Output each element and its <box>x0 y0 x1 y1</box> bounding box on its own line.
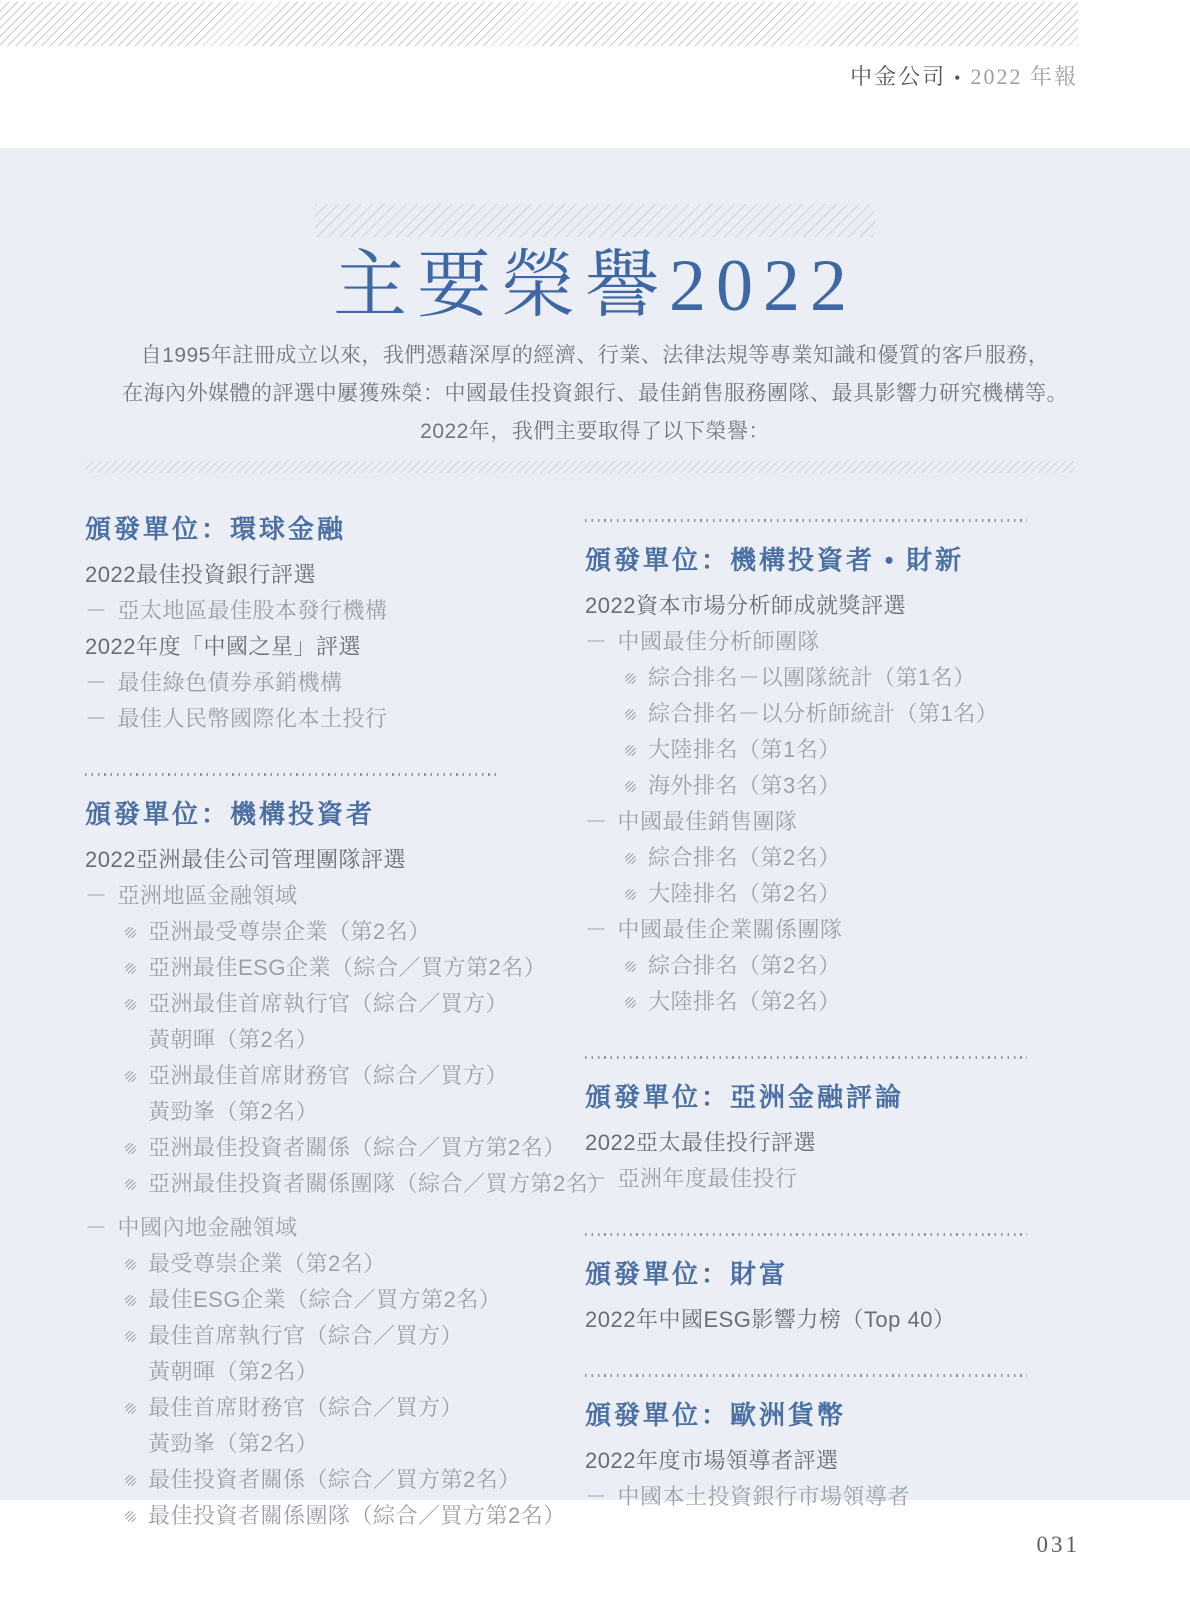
award-item-sub: 亞洲最佳投資者關係（綜合／買方第2名） <box>85 1130 585 1166</box>
award-text: 黃朝暉（第2名） <box>148 1022 318 1058</box>
award-list: 2022年中國ESG影響力榜（Top 40） <box>585 1302 1105 1338</box>
award-text: 黃朝暉（第2名） <box>148 1354 318 1390</box>
award-item-sub: 最受尊崇企業（第2名） <box>85 1246 585 1282</box>
hatched-bullet-icon <box>125 1475 136 1486</box>
dash-bullet: － <box>585 804 608 840</box>
page-number: 031 <box>1037 1532 1081 1558</box>
award-text: 最佳投資者關係團隊（綜合／買方第2名） <box>148 1498 566 1534</box>
award-item-sub: 大陸排名（第1名） <box>585 732 1105 768</box>
content-panel: 主要榮譽2022 自1995年註冊成立以來，我們憑藉深厚的經濟、行業、法律法規等… <box>0 148 1190 1500</box>
dotted-divider <box>85 773 501 776</box>
hatched-bullet-icon <box>625 745 636 756</box>
award-text: 綜合排名－以分析師統計（第1名） <box>648 696 998 732</box>
award-item-award: 2022亞洲最佳公司管理團隊評選 <box>85 842 585 878</box>
award-text: 海外排名（第3名） <box>648 768 841 804</box>
award-item-cont: 黃勁峯（第2名） <box>85 1426 585 1462</box>
award-item-sub: 海外排名（第3名） <box>585 768 1105 804</box>
award-text: 大陸排名（第2名） <box>648 984 841 1020</box>
dash-bullet: － <box>85 593 108 629</box>
dash-bullet: － <box>585 624 608 660</box>
award-text: 最佳投資者關係（綜合／買方第2名） <box>148 1462 521 1498</box>
award-item-dash: －中國最佳企業關係團隊 <box>585 912 1105 948</box>
award-text: 中國最佳企業關係團隊 <box>618 912 843 948</box>
award-text: 亞洲最受尊崇企業（第2名） <box>148 914 431 950</box>
award-text: 亞洲最佳首席財務官（綜合／買方） <box>148 1058 508 1094</box>
hatched-bullet-icon <box>125 1259 136 1270</box>
dash-bullet: － <box>585 1161 608 1197</box>
award-item-sub: 綜合排名（第2名） <box>585 948 1105 984</box>
award-text: 綜合排名（第2名） <box>648 948 841 984</box>
award-item-dash: －亞洲年度最佳投行 <box>585 1161 1105 1197</box>
hatched-bullet-icon <box>625 853 636 864</box>
awards-columns: 頒發單位：環球金融2022最佳投資銀行評選－亞太地區最佳股本發行機構2022年度… <box>85 513 1190 1534</box>
award-item-sub: 大陸排名（第2名） <box>585 984 1105 1020</box>
intro-paragraph: 自1995年註冊成立以來，我們憑藉深厚的經濟、行業、法律法規等專業知識和優質的客… <box>0 337 1190 451</box>
award-item-award: 2022最佳投資銀行評選 <box>85 557 585 593</box>
award-text: 2022最佳投資銀行評選 <box>85 557 316 593</box>
award-item-dash: －中國最佳分析師團隊 <box>585 624 1105 660</box>
intro-hatch-divider <box>85 461 1075 473</box>
hatched-bullet-icon <box>125 1295 136 1306</box>
award-item-cont: 黃朝暉（第2名） <box>85 1354 585 1390</box>
hatched-bullet-icon <box>625 889 636 900</box>
dash-bullet: － <box>585 1479 608 1515</box>
award-text: 最佳綠色債券承銷機構 <box>118 665 343 701</box>
award-text: 中國本土投資銀行市場領導者 <box>618 1479 911 1515</box>
award-item-dash: －亞洲地區金融領域 <box>85 878 585 914</box>
award-item-sub: 綜合排名（第2名） <box>585 840 1105 876</box>
award-item-dash: －中國本土投資銀行市場領導者 <box>585 1479 1105 1515</box>
award-text: 最佳人民幣國際化本土投行 <box>118 701 388 737</box>
dash-bullet: － <box>585 912 608 948</box>
award-text: 亞洲最佳投資者關係團隊（綜合／買方第2名） <box>148 1166 611 1202</box>
award-item-sub: 最佳首席執行官（綜合／買方） <box>85 1318 585 1354</box>
award-text: 2022年度市場領導者評選 <box>585 1443 838 1479</box>
hatched-bullet-icon <box>125 1179 136 1190</box>
award-item-award: 2022年度「中國之星」評選 <box>85 629 585 665</box>
award-text: 最佳首席財務官（綜合／買方） <box>148 1390 463 1426</box>
awards-column-left: 頒發單位：環球金融2022最佳投資銀行評選－亞太地區最佳股本發行機構2022年度… <box>85 513 585 1534</box>
hatched-bullet-icon <box>125 1143 136 1154</box>
hatched-bullet-icon <box>625 961 636 972</box>
page-title: 主要榮譽2022 <box>0 245 1190 327</box>
award-text: 最佳首席執行官（綜合／買方） <box>148 1318 463 1354</box>
award-list: 2022亞太最佳投行評選－亞洲年度最佳投行 <box>585 1125 1105 1197</box>
header-bullet-icon: • <box>954 68 962 88</box>
award-text: 綜合排名－以團隊統計（第1名） <box>648 660 976 696</box>
hatched-bullet-icon <box>625 673 636 684</box>
award-item-dash: －最佳人民幣國際化本土投行 <box>85 701 585 737</box>
award-section: 頒發單位：機構投資者2022亞洲最佳公司管理團隊評選－亞洲地區金融領域亞洲最受尊… <box>85 773 585 1534</box>
award-list: 2022最佳投資銀行評選－亞太地區最佳股本發行機構2022年度「中國之星」評選－… <box>85 557 585 737</box>
award-item-award: 2022年中國ESG影響力榜（Top 40） <box>585 1302 1105 1338</box>
publisher-heading: 頒發單位：財富 <box>585 1258 1105 1292</box>
intro-line: 在海內外媒體的評選中屢獲殊榮：中國最佳投資銀行、最佳銷售服務團隊、最具影響力研究… <box>0 375 1190 413</box>
dash-bullet: － <box>85 1210 108 1246</box>
report-year-label: 2022 年報 <box>970 64 1078 89</box>
award-item-sub: 綜合排名－以團隊統計（第1名） <box>585 660 1105 696</box>
dotted-divider <box>585 1233 1027 1236</box>
award-item-sub: 綜合排名－以分析師統計（第1名） <box>585 696 1105 732</box>
award-item-sub: 亞洲最受尊崇企業（第2名） <box>85 914 585 950</box>
award-text: 亞洲年度最佳投行 <box>618 1161 798 1197</box>
award-section: 頒發單位：機構投資者 • 財新2022資本市場分析師成就獎評選－中國最佳分析師團… <box>585 519 1105 1020</box>
hatched-bullet-icon <box>125 1071 136 1082</box>
dotted-divider <box>585 1374 1027 1377</box>
hatched-bullet-icon <box>625 781 636 792</box>
dotted-divider <box>585 1056 1027 1059</box>
award-text: 亞洲最佳首席執行官（綜合／買方） <box>148 986 508 1022</box>
award-list: 2022資本市場分析師成就獎評選－中國最佳分析師團隊綜合排名－以團隊統計（第1名… <box>585 588 1105 1020</box>
dash-bullet: － <box>85 878 108 914</box>
publisher-heading: 頒發單位：歐洲貨幣 <box>585 1399 1105 1433</box>
award-item-sub: 最佳首席財務官（綜合／買方） <box>85 1390 585 1426</box>
top-hatch-band <box>0 2 1078 46</box>
intro-line: 自1995年註冊成立以來，我們憑藉深厚的經濟、行業、法律法規等專業知識和優質的客… <box>0 337 1190 375</box>
hatched-bullet-icon <box>125 927 136 938</box>
publisher-heading: 頒發單位：機構投資者 • 財新 <box>585 544 1105 578</box>
dash-bullet: － <box>85 665 108 701</box>
award-item-sub: 最佳ESG企業（綜合／買方第2名） <box>85 1282 585 1318</box>
hatched-bullet-icon <box>125 963 136 974</box>
award-item-award: 2022資本市場分析師成就獎評選 <box>585 588 1105 624</box>
award-item-sub: 亞洲最佳首席執行官（綜合／買方） <box>85 986 585 1022</box>
award-item-sub: 最佳投資者關係團隊（綜合／買方第2名） <box>85 1498 585 1534</box>
award-text: 最受尊崇企業（第2名） <box>148 1246 386 1282</box>
award-text: 中國內地金融領域 <box>118 1210 298 1246</box>
award-text: 大陸排名（第2名） <box>648 876 841 912</box>
award-section: 頒發單位：亞洲金融評論2022亞太最佳投行評選－亞洲年度最佳投行 <box>585 1056 1105 1197</box>
award-item-award: 2022年度市場領導者評選 <box>585 1443 1105 1479</box>
award-section: 頒發單位：歐洲貨幣2022年度市場領導者評選－中國本土投資銀行市場領導者 <box>585 1374 1105 1515</box>
award-item-cont: 黃勁峯（第2名） <box>85 1094 585 1130</box>
company-name: 中金公司 <box>850 64 946 89</box>
award-section: 頒發單位：財富2022年中國ESG影響力榜（Top 40） <box>585 1233 1105 1338</box>
award-item-dash: －最佳綠色債券承銷機構 <box>85 665 585 701</box>
award-item-sub: 亞洲最佳ESG企業（綜合／買方第2名） <box>85 950 585 986</box>
running-header: 中金公司•2022 年報 <box>850 60 1078 91</box>
award-text: 亞洲最佳ESG企業（綜合／買方第2名） <box>148 950 546 986</box>
hatched-bullet-icon <box>125 999 136 1010</box>
award-text: 大陸排名（第1名） <box>648 732 841 768</box>
publisher-heading: 頒發單位：亞洲金融評論 <box>585 1081 1105 1115</box>
award-text: 黃勁峯（第2名） <box>148 1094 318 1130</box>
publisher-heading: 頒發單位：機構投資者 <box>85 798 585 832</box>
award-item-sub: 亞洲最佳投資者關係團隊（綜合／買方第2名） <box>85 1166 585 1202</box>
hatched-bullet-icon <box>125 1403 136 1414</box>
award-item-sub: 大陸排名（第2名） <box>585 876 1105 912</box>
title-hatch-band <box>315 204 875 237</box>
dotted-divider <box>585 519 1027 522</box>
award-item-award: 2022亞太最佳投行評選 <box>585 1125 1105 1161</box>
award-text: 黃勁峯（第2名） <box>148 1426 318 1462</box>
award-text: 亞太地區最佳股本發行機構 <box>118 593 388 629</box>
award-item-dash: －亞太地區最佳股本發行機構 <box>85 593 585 629</box>
intro-line: 2022年，我們主要取得了以下榮譽： <box>0 413 1190 451</box>
report-page: 中金公司•2022 年報 主要榮譽2022 自1995年註冊成立以來，我們憑藉深… <box>0 0 1190 1615</box>
award-text: 2022年中國ESG影響力榜（Top 40） <box>585 1302 955 1338</box>
hatched-bullet-icon <box>625 997 636 1008</box>
award-item-sub: 最佳投資者關係（綜合／買方第2名） <box>85 1462 585 1498</box>
award-text: 中國最佳分析師團隊 <box>618 624 821 660</box>
award-text: 2022亞洲最佳公司管理團隊評選 <box>85 842 406 878</box>
hatched-bullet-icon <box>125 1331 136 1342</box>
award-text: 2022亞太最佳投行評選 <box>585 1125 816 1161</box>
award-text: 中國最佳銷售團隊 <box>618 804 798 840</box>
award-item-dash: －中國內地金融領域 <box>85 1210 585 1246</box>
award-text: 綜合排名（第2名） <box>648 840 841 876</box>
award-item-dash: －中國最佳銷售團隊 <box>585 804 1105 840</box>
award-text: 2022資本市場分析師成就獎評選 <box>585 588 906 624</box>
publisher-heading: 頒發單位：環球金融 <box>85 513 585 547</box>
dash-bullet: － <box>85 701 108 737</box>
awards-column-right: 頒發單位：機構投資者 • 財新2022資本市場分析師成就獎評選－中國最佳分析師團… <box>585 513 1105 1534</box>
award-item-sub: 亞洲最佳首席財務官（綜合／買方） <box>85 1058 585 1094</box>
award-text: 亞洲地區金融領域 <box>118 878 298 914</box>
award-text: 最佳ESG企業（綜合／買方第2名） <box>148 1282 501 1318</box>
hatched-bullet-icon <box>125 1511 136 1522</box>
award-list: 2022亞洲最佳公司管理團隊評選－亞洲地區金融領域亞洲最受尊崇企業（第2名）亞洲… <box>85 842 585 1534</box>
award-item-cont: 黃朝暉（第2名） <box>85 1022 585 1058</box>
award-list: 2022年度市場領導者評選－中國本土投資銀行市場領導者 <box>585 1443 1105 1515</box>
hatched-bullet-icon <box>625 709 636 720</box>
award-text: 2022年度「中國之星」評選 <box>85 629 361 665</box>
award-section: 頒發單位：環球金融2022最佳投資銀行評選－亞太地區最佳股本發行機構2022年度… <box>85 513 585 737</box>
award-text: 亞洲最佳投資者關係（綜合／買方第2名） <box>148 1130 566 1166</box>
